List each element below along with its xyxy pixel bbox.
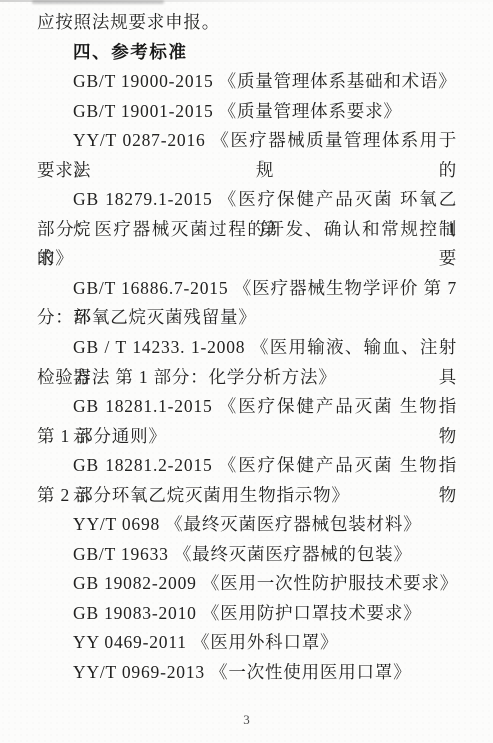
- paragraph-continuation-line: 应按照法规要求申报。: [37, 8, 457, 38]
- standard-line: GB 18281.2-2015 《医疗保健产品灭菌 生物指示物: [37, 451, 457, 481]
- standard-line-continuation: 分：环氧乙烷灭菌残留量》: [37, 303, 457, 333]
- standard-line: GB / T 14233. 1-2008 《医用输液、输血、注射器具: [37, 333, 457, 363]
- document-body: 应按照法规要求申报。 四、参考标准 GB/T 19000-2015 《质量管理体…: [37, 8, 457, 688]
- standard-line: GB/T 19633 《最终灭菌医疗器械的包装》: [37, 540, 457, 570]
- scanned-document-page: { "doc": { "page_number": "3", "lines": …: [0, 0, 493, 743]
- standard-line: YY/T 0287-2016 《医疗器械质量管理体系用于法规的: [37, 126, 457, 156]
- standard-line: GB/T 19000-2015 《质量管理体系基础和术语》: [37, 67, 457, 97]
- standard-line-continuation: 部分：医疗器械灭菌过程的开发、确认和常规控制的要: [37, 215, 457, 245]
- page-number: 3: [0, 711, 493, 729]
- standard-line: GB 18281.1-2015 《医疗保健产品灭菌 生物指示物: [37, 392, 457, 422]
- standard-line: GB 19082-2009 《医用一次性防护服技术要求》: [37, 569, 457, 599]
- standard-line: YY/T 0698 《最终灭菌医疗器械包装材料》: [37, 510, 457, 540]
- scan-smudge-artifact: [32, 0, 164, 4]
- standard-line: GB/T 16886.7-2015 《医疗器械生物学评价 第 7 部: [37, 274, 457, 304]
- standard-line: GB/T 19001-2015 《质量管理体系要求》: [37, 97, 457, 127]
- section-heading: 四、参考标准: [37, 38, 457, 68]
- standard-line: GB 18279.1-2015 《医疗保健产品灭菌 环氧乙烷 第 1: [37, 185, 457, 215]
- standard-line: GB 19083-2010 《医用防护口罩技术要求》: [37, 599, 457, 629]
- standard-line: YY 0469-2011 《医用外科口罩》: [37, 628, 457, 658]
- standard-line: YY/T 0969-2013 《一次性使用医用口罩》: [37, 658, 457, 688]
